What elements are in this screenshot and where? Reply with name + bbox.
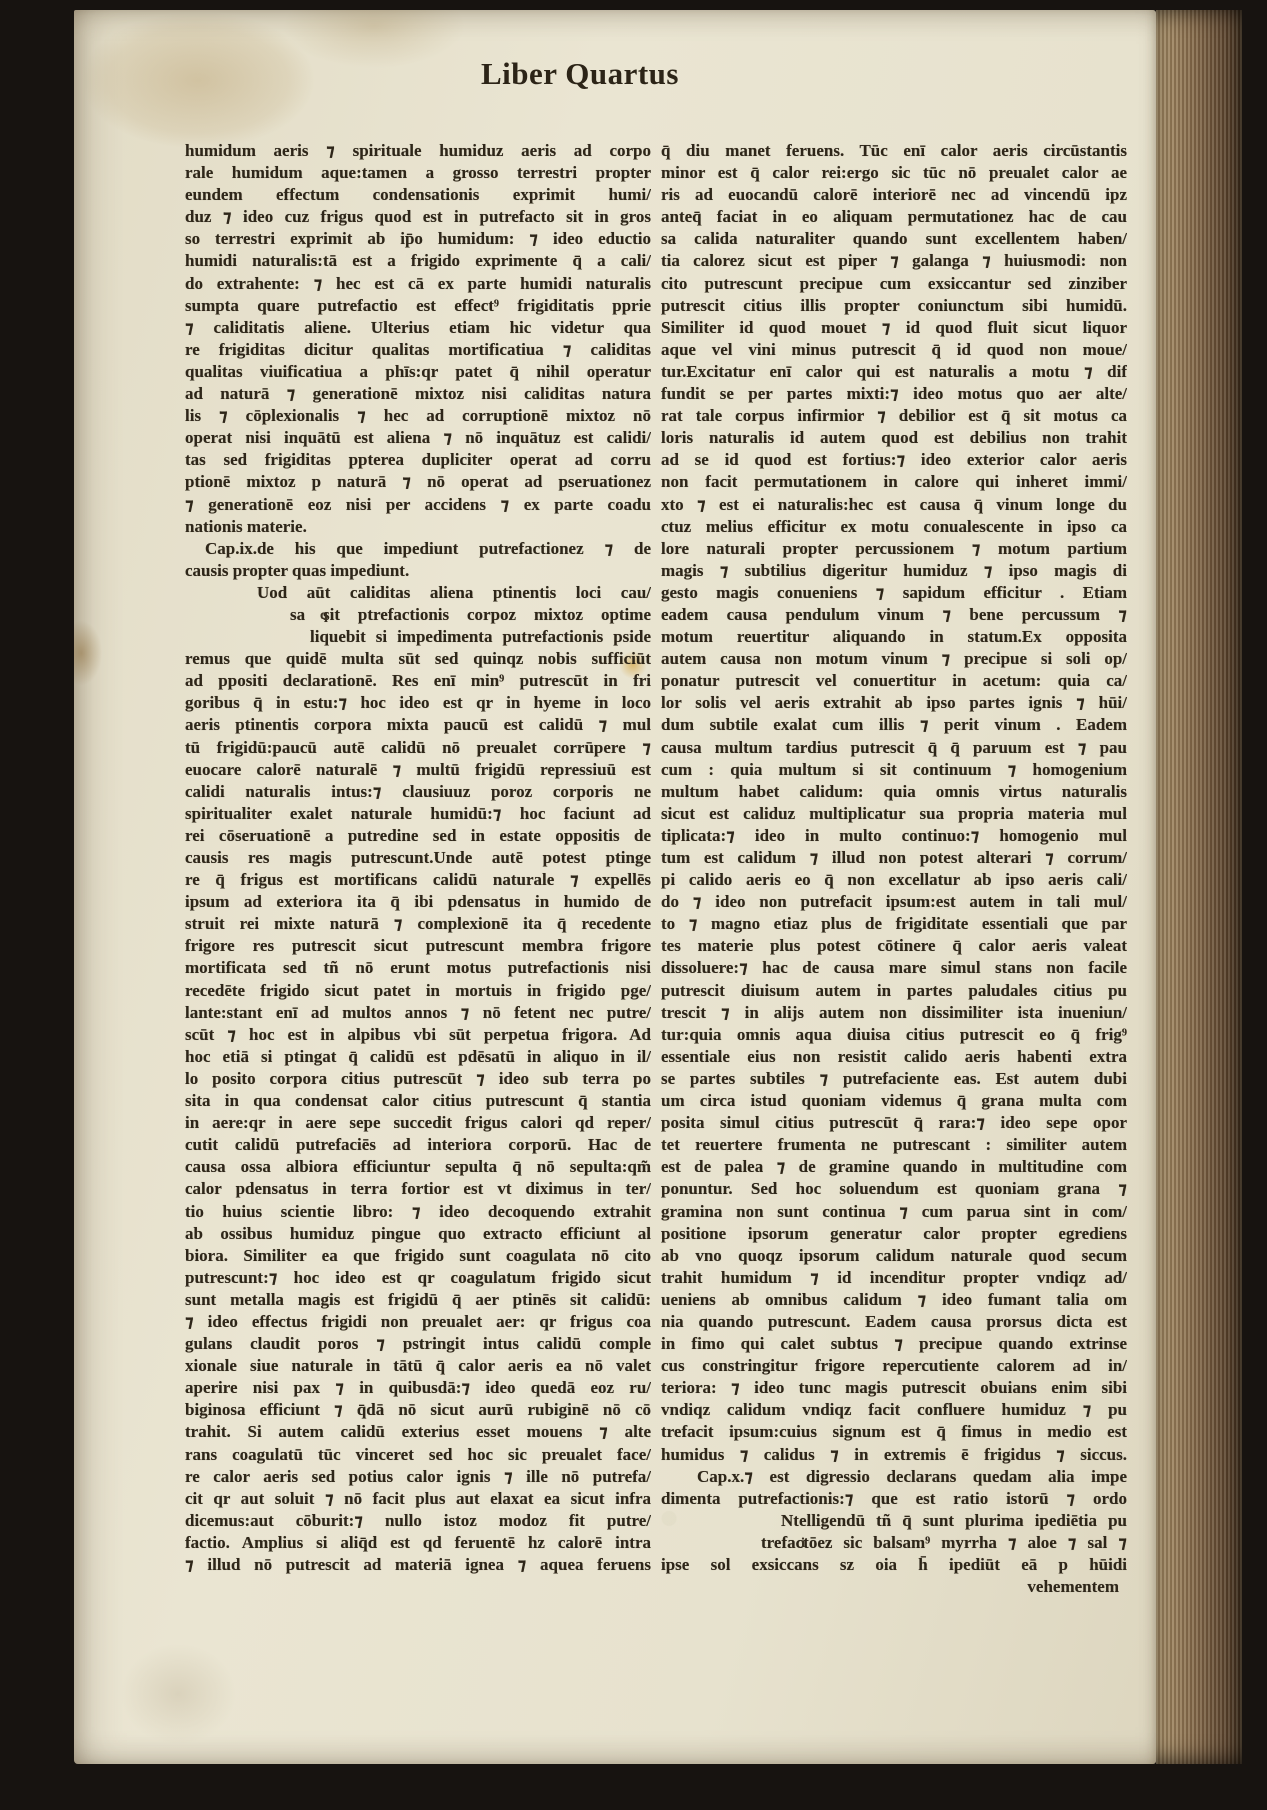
text-line: autem causa non motum vinum ⁊ precipue s… [661, 648, 1127, 670]
text-line: teriora: ⁊ ideo tunc magis putrescit obu… [661, 1377, 1127, 1399]
text-line: lo posito corpora citius putrescūt ⁊ ide… [185, 1068, 651, 1090]
text-line: minor est q̄ calor rei:ergo sic tūc nō p… [661, 162, 1127, 184]
text-line: lor solis vel aeris extrahit ab ipso par… [661, 692, 1127, 714]
text-line: trescit ⁊ in alijs autem non dissimilite… [661, 1002, 1127, 1024]
text-line: xto ⁊ est ei naturalis:hec est causa q̄ … [661, 494, 1127, 516]
text-line: mortificata sed tñ nō erunt motus putref… [185, 957, 651, 979]
text-line: posita simul citius putrescūt q̄ rara:⁊ … [661, 1112, 1127, 1134]
text-line: ⁊ caliditatis aliene. Ulterius etiam hic… [185, 317, 651, 339]
text-line: tur.Excitatur enī calor qui est naturali… [661, 361, 1127, 383]
text-block: humidum aeris ⁊ spirituale humiduz aeris… [185, 140, 1127, 1598]
text-line: rei cōseruationē a putredine sed in esta… [185, 825, 651, 847]
text-line: ctuz melius efficitur ex motu conualesce… [661, 516, 1127, 538]
text-line: putrescit citius illis propter coniunctu… [661, 295, 1127, 317]
text-line: aque vel vini minus putrescit q̄ id quod… [661, 339, 1127, 361]
text-line: trahit humidum ⁊ id incenditur propter v… [661, 1267, 1127, 1289]
text-line: sicut est caliduz multiplicatur sua prop… [661, 803, 1127, 825]
text-line: frigore res putrescit sicut putrescunt m… [185, 935, 651, 957]
text-line: biginosa efficiunt ⁊ q̄dā nō sicut aurū … [185, 1399, 651, 1421]
text-line: tes materie plus potest cōtinere q̄ calo… [661, 935, 1127, 957]
text-line: lis ⁊ cōplexionalis ⁊ hec ad corruptionē… [185, 405, 651, 427]
guide-letter: q [215, 605, 328, 626]
text-line: cit qr aut soluit ⁊ nō facit plus aut el… [185, 1488, 651, 1510]
text-line: do extrahente: ⁊ hec est cā ex parte hum… [185, 273, 651, 295]
text-line: pi calido aeris eo q̄ non excellatur ab … [661, 869, 1127, 891]
text-line: qualitas viuificatiua a phīs:qr patet q̄… [185, 361, 651, 383]
text-line: ponatur putrescit vel conuertitur in ace… [661, 670, 1127, 692]
text-line: causis res magis putrescunt.Unde autē po… [185, 847, 651, 869]
text-line: nia quando putrescunt. Eadem causa prors… [661, 1311, 1127, 1333]
text-line: Ntelligendū tñ q̄ sunt plurima ipediētia… [661, 1510, 1127, 1532]
text-line: trefacit ipsum:cuius signum est q̄ fimus… [661, 1421, 1127, 1443]
text-line: goribus q̄ in estu:⁊ hoc ideo est qr in … [185, 692, 651, 714]
text-line: humidum aeris ⁊ spirituale humiduz aeris… [185, 140, 651, 162]
text-line: tas sed frigiditas ppterea dupliciter op… [185, 449, 651, 471]
text-line: recedēte frigido sicut patet in mortuis … [185, 980, 651, 1002]
guide-letter: i [701, 1533, 805, 1554]
text-line: scūt ⁊ hoc est in alpibus vbi sūt perpet… [185, 1024, 651, 1046]
text-line: cutit calidū putrefaciēs ad interiora co… [185, 1134, 651, 1156]
text-line: gesto magis conueniens ⁊ sapidum efficit… [661, 582, 1127, 604]
text-line: in aere:qr in aere sepe succedit frigus … [185, 1112, 651, 1134]
text-line: ab vno quoqz ipsorum calidum naturale qu… [661, 1245, 1127, 1267]
text-line: eadem causa pendulum vinum ⁊ bene percus… [661, 604, 1127, 626]
text-line: calidi naturalis intus:⁊ clausiuuz poroz… [185, 781, 651, 803]
text-line: humidi naturalis:tā est a frigido exprim… [185, 250, 651, 272]
text-line: tia calorez sicut est piper ⁊ galanga ⁊ … [661, 250, 1127, 272]
text-line: dum subtile exalat cum illis ⁊ perit vin… [661, 714, 1127, 736]
text-line: ad se id quod est fortius:⁊ ideo exterio… [661, 449, 1127, 471]
text-line: tiplicata:⁊ ideo in multo continuo:⁊ hom… [661, 825, 1127, 847]
text-line: spiritualiter exalet naturale humidū:⁊ h… [185, 803, 651, 825]
text-line: ueniens ab omnibus calidum ⁊ ideo fumant… [661, 1289, 1127, 1311]
text-line: sita in qua condensat calor citius putre… [185, 1090, 651, 1112]
text-line: tur:quia omnis aqua diuisa citius putres… [661, 1024, 1127, 1046]
text-line: vehementem [661, 1576, 1127, 1598]
text-line: ⁊ generationē eoz nisi per accidens ⁊ ex… [185, 494, 651, 516]
text-line: gulans claudit poros ⁊ pstringit intus c… [185, 1333, 651, 1355]
text-line: cus constringitur frigore repercutiente … [661, 1355, 1127, 1377]
text-line: essentiale eius non resistit calido aeri… [661, 1046, 1127, 1068]
text-line: tet reuertere frumenta ne putrescant : s… [661, 1134, 1127, 1156]
text-line: lante:stant enī ad multos annos ⁊ nō fet… [185, 1002, 651, 1024]
text-line: itrefactōez sic balsam⁹ myrrha ⁊ aloe ⁊ … [661, 1532, 1127, 1554]
text-line: re q̄ frigus est mortificans calidū natu… [185, 869, 651, 891]
text-line: causa multum tardius putrescit q̄ q̄ par… [661, 737, 1127, 759]
text-line: rat tale corpus infirmior ⁊ debilior est… [661, 405, 1127, 427]
stain [74, 608, 116, 698]
text-line: dicemus:aut cōburit:⁊ nullo istoz modoz … [185, 1510, 651, 1532]
text-line: est de palea ⁊ de gramine quando in mult… [661, 1156, 1127, 1178]
text-line: remus que quidē multa sūt sed quinqz nob… [185, 648, 651, 670]
text-line: non facit permutationem in calore qui in… [661, 471, 1127, 493]
book-page: Liber Quartus humidum aeris ⁊ spirituale… [74, 10, 1156, 1764]
text-line: ponuntur. Sed hoc soluendum est quoniam … [661, 1178, 1127, 1200]
text-line: magis ⁊ subtilius digeritur humiduz ⁊ ip… [661, 560, 1127, 582]
text-line: ad naturā ⁊ generationē mixtoz nisi cali… [185, 383, 651, 405]
text-line: gramina non sunt continua ⁊ cum parua si… [661, 1201, 1127, 1223]
text-line: ad ppositi declarationē. Res enī min⁹ pu… [185, 670, 651, 692]
text-line: liquebit si impedimenta putrefactionis p… [185, 626, 651, 648]
text-line: lore naturali propter percussionem ⁊ mot… [661, 538, 1127, 560]
text-line: so terrestri exprimit ab ip̄o humidum: ⁊… [185, 228, 651, 250]
text-line: motum reuertitur aliquando in statum.Ex … [661, 626, 1127, 648]
text-line: tum est calidum ⁊ illud non potest alter… [661, 847, 1127, 869]
left-column: humidum aeris ⁊ spirituale humiduz aeris… [185, 140, 651, 1598]
text-line: anteq̄ faciat in eo aliquam permutatione… [661, 206, 1127, 228]
text-line: nationis materie. [185, 516, 651, 538]
text-line: ris ad euocandū calorē interiorē nec ad … [661, 184, 1127, 206]
running-title-text: Liber Quartus [481, 56, 679, 91]
text-line: putrescunt:⁊ hoc ideo est qr coagulatum … [185, 1267, 651, 1289]
text-line: ptionē mixtoz p naturā ⁊ nō operat ad ps… [185, 471, 651, 493]
text-line: re calor aeris sed potius calor ignis ⁊ … [185, 1466, 651, 1488]
text-line: trahit. Si autem calidū exterius esset m… [185, 1421, 651, 1443]
text-line: Cap.x.⁊ est digressio declarans quedam a… [661, 1466, 1127, 1488]
text-line: calor pdensatus in terra fortior est vt … [185, 1178, 651, 1200]
text-line: to ⁊ magno etiaz plus de frigiditate ess… [661, 913, 1127, 935]
text-line: dissoluere:⁊ hac de causa mare simul sta… [661, 957, 1127, 979]
text-line: sumpta quare putrefactio est effect⁹ fri… [185, 295, 651, 317]
text-line: causa ossa albiora efficiuntur sepulta q… [185, 1156, 651, 1178]
text-line: struit rei mixte naturā ⁊ complexionē it… [185, 913, 651, 935]
text-line: positione ipsorum generatur calor propte… [661, 1223, 1127, 1245]
text-line: cum : quia multum si sit continuum ⁊ hom… [661, 759, 1127, 781]
text-line: ipse sol exsiccans sz oia h̄ ipediūt eā … [661, 1554, 1127, 1576]
text-line: ⁊ illud nō putrescit ad materiā ignea ⁊ … [185, 1554, 651, 1576]
text-line: se partes subtiles ⁊ putrefaciente eas. … [661, 1068, 1127, 1090]
text-line: um circa istud quoniam videmus q̄ grana … [661, 1090, 1127, 1112]
stain [114, 1610, 274, 1750]
text-line: in fimo qui calet subtus ⁊ precipue quan… [661, 1333, 1127, 1355]
text-line: fundit se per partes mixti:⁊ ideo motus … [661, 383, 1127, 405]
text-line: factio. Amplius si aliq̄d est qd feruent… [185, 1532, 651, 1554]
text-line: ⁊ ideo effectus frigidi non preualet aer… [185, 1311, 651, 1333]
text-line: do ⁊ ideo non putrefacit ipsum:est autem… [661, 891, 1127, 913]
text-line: rans coagulatū tūc vinceret sed hoc sic … [185, 1444, 651, 1466]
text-line: Similiter id quod mouet ⁊ id quod fluit … [661, 317, 1127, 339]
text-line: causis propter quas impediunt. [185, 560, 651, 582]
text-line: humidus ⁊ calidus ⁊ in extremis ē frigid… [661, 1444, 1127, 1466]
text-line: qsa sit ptrefactionis corpoz mixtoz opti… [185, 604, 651, 626]
text-line: operat nisi inquātū est aliena ⁊ nō inqu… [185, 427, 651, 449]
text-line: aeris ptinentis corpora mixta paucū est … [185, 714, 651, 736]
text-line: multum habet calidum: quia omnis virtus … [661, 781, 1127, 803]
book-scan: { "header": { "title": "Liber Quartus" }… [0, 0, 1267, 1810]
text-line: rale humidum aque:tamen a grosso terrest… [185, 162, 651, 184]
text-line: Cap.ix.de his que impediunt putrefaction… [185, 538, 651, 560]
text-line: tū frigidū:paucū autē calidū nō preualet… [185, 737, 651, 759]
text-line: eundem effectum condensationis exprimit … [185, 184, 651, 206]
running-title: Liber Quartus [74, 56, 1086, 92]
right-column: q̄ diu manet feruens. Tūc enī calor aeri… [661, 140, 1127, 1598]
text-line: re frigiditas dicitur qualitas mortifica… [185, 339, 651, 361]
text-line: dimenta putrefactionis:⁊ que est ratio i… [661, 1488, 1127, 1510]
text-line: hoc etiā si ptingat q̄ calidū est pdēsat… [185, 1046, 651, 1068]
text-line: euocare calorē naturalē ⁊ multū frigidū … [185, 759, 651, 781]
book-fore-edge [1156, 10, 1242, 1764]
text-line: biora. Similiter ea que frigido sunt coa… [185, 1245, 651, 1267]
text-line: duz ⁊ ideo cuz frigus quod est in putref… [185, 206, 651, 228]
text-line: q̄ diu manet feruens. Tūc enī calor aeri… [661, 140, 1127, 162]
text-line: sa calida naturaliter quando sunt excell… [661, 228, 1127, 250]
text-line: Uod aūt caliditas aliena ptinentis loci … [185, 582, 651, 604]
text-line: aperire nisi pax ⁊ in quibusdā:⁊ ideo qu… [185, 1377, 651, 1399]
text-line: ipsum ad exteriora ita q̄ ibi pdensatus … [185, 891, 651, 913]
text-line: sunt metalla magis est frigidū q̄ aer pt… [185, 1289, 651, 1311]
text-line: putrescit diuisum autem in partes paluda… [661, 980, 1127, 1002]
text-line: vndiqz calidum vndiqz facit confluere hu… [661, 1399, 1127, 1421]
text-line: loris naturalis id autem quod est debili… [661, 427, 1127, 449]
text-line: tio huius scientie libro: ⁊ ideo decoque… [185, 1201, 651, 1223]
text-line: xionale siue naturale in tātū q̄ calor a… [185, 1355, 651, 1377]
text-line: cito putrescunt precipue cum exsiccantur… [661, 273, 1127, 295]
text-line: ab ossibus humiduz pingue quo extracto e… [185, 1223, 651, 1245]
